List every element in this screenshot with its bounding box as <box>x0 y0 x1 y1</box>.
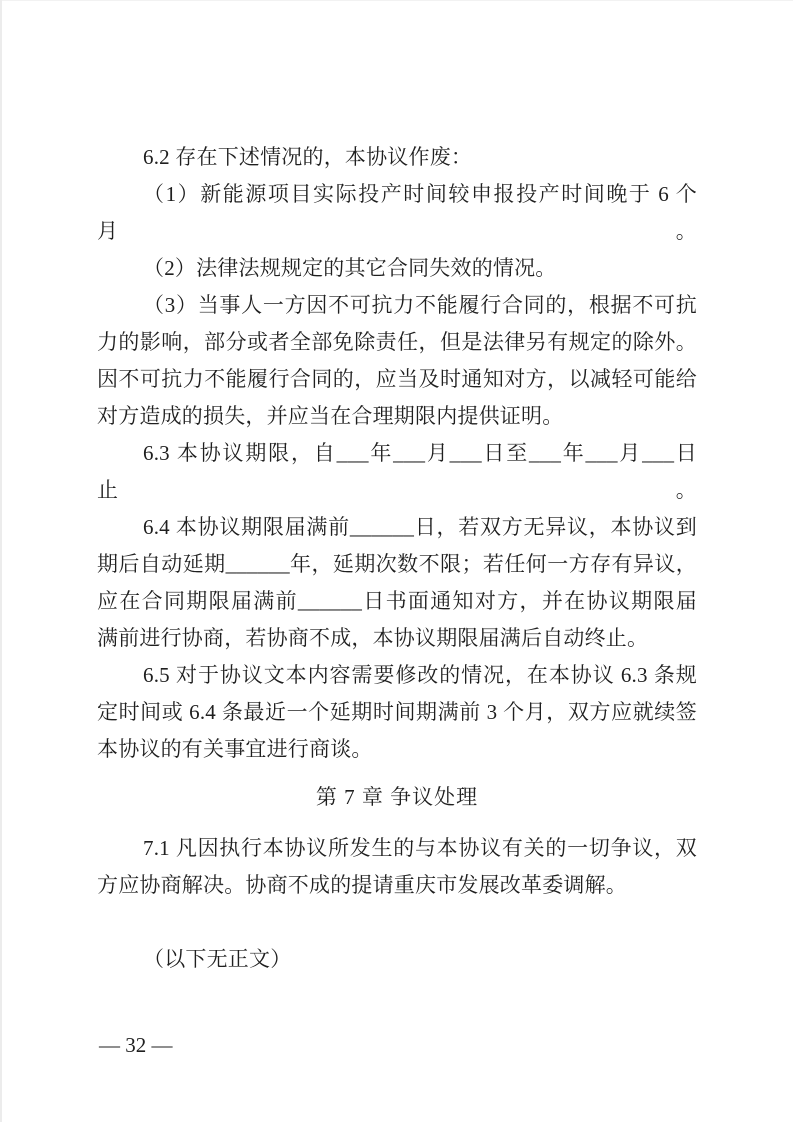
section-heading: 第 7 章 争议处理 <box>97 779 697 816</box>
document-line: 6.4 本协议期限届满前______日，若双方无异议，本协议到 <box>97 509 697 546</box>
document-line: 定时间或 6.4 条最近一个延期时间期满前 3 个月，双方应就续签 <box>97 694 697 731</box>
document-page: 6.2 存在下述情况的，本协议作废：（1）新能源项目实际投产时间较申报投产时间晚… <box>0 0 793 1122</box>
document-line: 6.2 存在下述情况的，本协议作废： <box>97 139 697 176</box>
document-line: 力的影响，部分或者全部免除责任，但是法律另有规定的除外。 <box>97 324 697 361</box>
document-line: （3）当事人一方因不可抗力不能履行合同的，根据不可抗 <box>97 287 697 324</box>
document-line: 因不可抗力不能履行合同的，应当及时通知对方，以减轻可能给 <box>97 361 697 398</box>
document-line: （2）法律法规规定的其它合同失效的情况。 <box>97 250 697 287</box>
document-line: 6.5 对于协议文本内容需要修改的情况，在本协议 6.3 条规 <box>97 657 697 694</box>
document-line: 满前进行协商，若协商不成，本协议期限届满后自动终止。 <box>97 620 697 657</box>
document-line: 对方造成的损失，并应当在合理期限内提供证明。 <box>97 398 697 435</box>
document-line: （以下无正文） <box>97 941 697 978</box>
document-line: 期后自动延期______年，延期次数不限；若任何一方存有异议， <box>97 546 697 583</box>
document-line: 方应协商解决。协商不成的提请重庆市发展改革委调解。 <box>97 867 697 904</box>
document-line: 本协议的有关事宜进行商谈。 <box>97 731 697 768</box>
document-body: 6.2 存在下述情况的，本协议作废：（1）新能源项目实际投产时间较申报投产时间晚… <box>97 139 697 978</box>
document-line: 7.1 凡因执行本协议所发生的与本协议有关的一切争议，双 <box>97 830 697 867</box>
document-line: 应在合同期限届满前______日书面通知对方，并在协议期限届 <box>97 583 697 620</box>
document-line: （1）新能源项目实际投产时间较申报投产时间晚于 6 个月。 <box>97 176 697 250</box>
blank-line <box>97 904 697 941</box>
document-line: 6.3 本协议期限，自___年___月___日至___年___月___日止。 <box>97 435 697 509</box>
page-number: — 32 — <box>99 1032 173 1058</box>
